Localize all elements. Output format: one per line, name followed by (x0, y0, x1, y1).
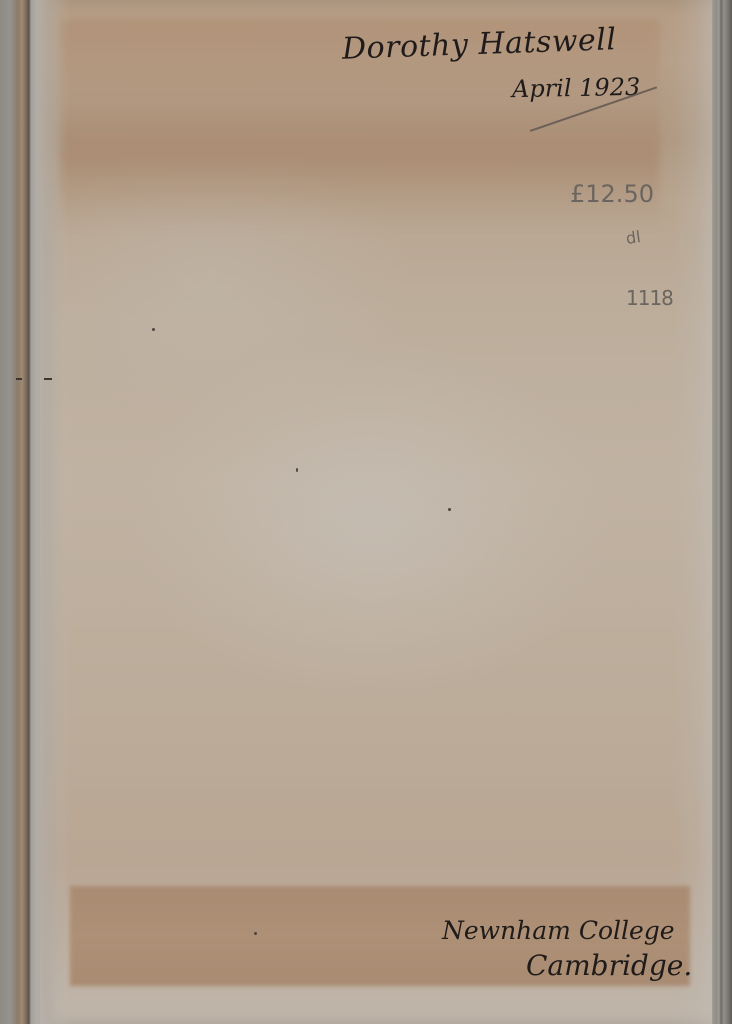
pencil-code: dl (625, 229, 642, 247)
binding-mark (16, 378, 22, 380)
college-inscription-line1: Newnham College (442, 918, 675, 943)
book-binding-gutter (0, 0, 42, 1024)
page-block-edges (712, 0, 732, 1024)
paper-speck (296, 468, 298, 472)
book-endpaper-photo: Dorothy Hatswell April 1923 £12.50 dl 11… (0, 0, 732, 1024)
binding-mark (44, 378, 52, 380)
paper-speck (448, 508, 451, 511)
owner-date-inscription: April 1923 (512, 75, 641, 101)
college-inscription-line2: Cambridge. (526, 952, 692, 980)
pencil-number: 1118 (626, 288, 673, 308)
paper-speck (152, 328, 155, 331)
paper-speck (254, 932, 257, 935)
pencil-price: £12.50 (570, 182, 654, 206)
